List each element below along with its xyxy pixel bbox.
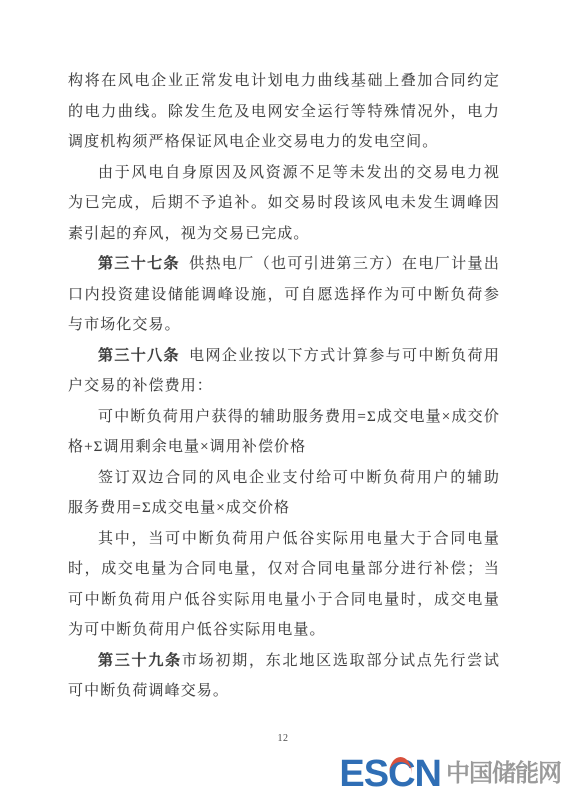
article-number: 第三十七条 <box>98 256 180 272</box>
paragraph-text: 签订双边合同的风电企业支付给可中断负荷用户的辅助服务费用=Σ成交电量×成交价格 <box>68 470 500 517</box>
escn-logo-letters: ESCN <box>339 753 441 795</box>
document-page: 构将在风电企业正常发电计划电力曲线基础上叠加合同约定的电力曲线。除发生危及电网安… <box>0 0 566 800</box>
paragraph: 第三十九条市场初期，东北地区选取部分试点先行尝试可中断负荷调峰交易。 <box>68 646 500 707</box>
article-number: 第三十九条 <box>98 653 182 669</box>
escn-logo-cn-text: 中国储能网 <box>446 754 561 794</box>
paragraph: 签订双边合同的风电企业支付给可中断负荷用户的辅助服务费用=Σ成交电量×成交价格 <box>68 463 500 524</box>
document-body: 构将在风电企业正常发电计划电力曲线基础上叠加合同约定的电力曲线。除发生危及电网安… <box>68 66 500 707</box>
article-number: 第三十八条 <box>98 348 180 364</box>
paragraph: 由于风电自身原因及风资源不足等未发出的交易电力视为已完成，后期不予追补。如交易时… <box>68 158 500 250</box>
paragraph: 第三十八条电网企业按以下方式计算参与可中断负荷用户交易的补偿费用： <box>68 341 500 402</box>
paragraph: 其中，当可中断负荷用户低谷实际用电量大于合同电量时，成交电量为合同电量，仅对合同… <box>68 524 500 646</box>
escn-logo-text: ESCN <box>339 754 441 794</box>
paragraph-text: 可中断负荷用户获得的辅助服务费用=Σ成交电量×成交价格+Σ调用剩余电量×调用补偿… <box>68 409 500 456</box>
paragraph-text: 其中，当可中断负荷用户低谷实际用电量大于合同电量时，成交电量为合同电量，仅对合同… <box>68 531 500 639</box>
paragraph: 构将在风电企业正常发电计划电力曲线基础上叠加合同约定的电力曲线。除发生危及电网安… <box>68 66 500 158</box>
paragraph: 第三十七条供热电厂（也可引进第三方）在电厂计量出口内投资建设储能调峰设施，可自愿… <box>68 249 500 341</box>
paragraph-text: 由于风电自身原因及风资源不足等未发出的交易电力视为已完成，后期不予追补。如交易时… <box>68 165 500 242</box>
escn-logo: ESCN 中国储能网 <box>339 754 561 794</box>
page-number: 12 <box>0 733 566 744</box>
paragraph-text: 构将在风电企业正常发电计划电力曲线基础上叠加合同约定的电力曲线。除发生危及电网安… <box>68 73 500 150</box>
paragraph: 可中断负荷用户获得的辅助服务费用=Σ成交电量×成交价格+Σ调用剩余电量×调用补偿… <box>68 402 500 463</box>
